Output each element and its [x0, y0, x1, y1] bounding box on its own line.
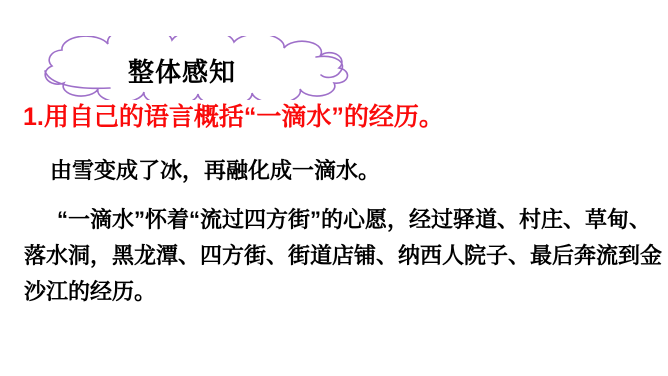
paragraph-line-3: 沙江的经历。 [24, 274, 656, 310]
slide: 整体感知 1.用自己的语言概括“一滴水”的经历。 由雪变成了冰，再融化成一滴水。… [0, 0, 668, 376]
paragraph-line-2: 落水洞，黑龙潭、四方街、街道店铺、纳西人院子、最后奔流到金 [24, 238, 656, 274]
cloud-title: 整体感知 [36, 52, 350, 89]
summary-sentence: 由雪变成了冰，再融化成一滴水。 [50, 154, 380, 185]
paragraph-line-1: “一滴水”怀着“流过四方街”的心愿，经过驿道、村庄、草甸、 [24, 202, 656, 238]
experience-paragraph: “一滴水”怀着“流过四方街”的心愿，经过驿道、村庄、草甸、 落水洞，黑龙潭、四方… [24, 202, 656, 310]
question-heading: 1.用自己的语言概括“一滴水”的经历。 [23, 97, 444, 133]
